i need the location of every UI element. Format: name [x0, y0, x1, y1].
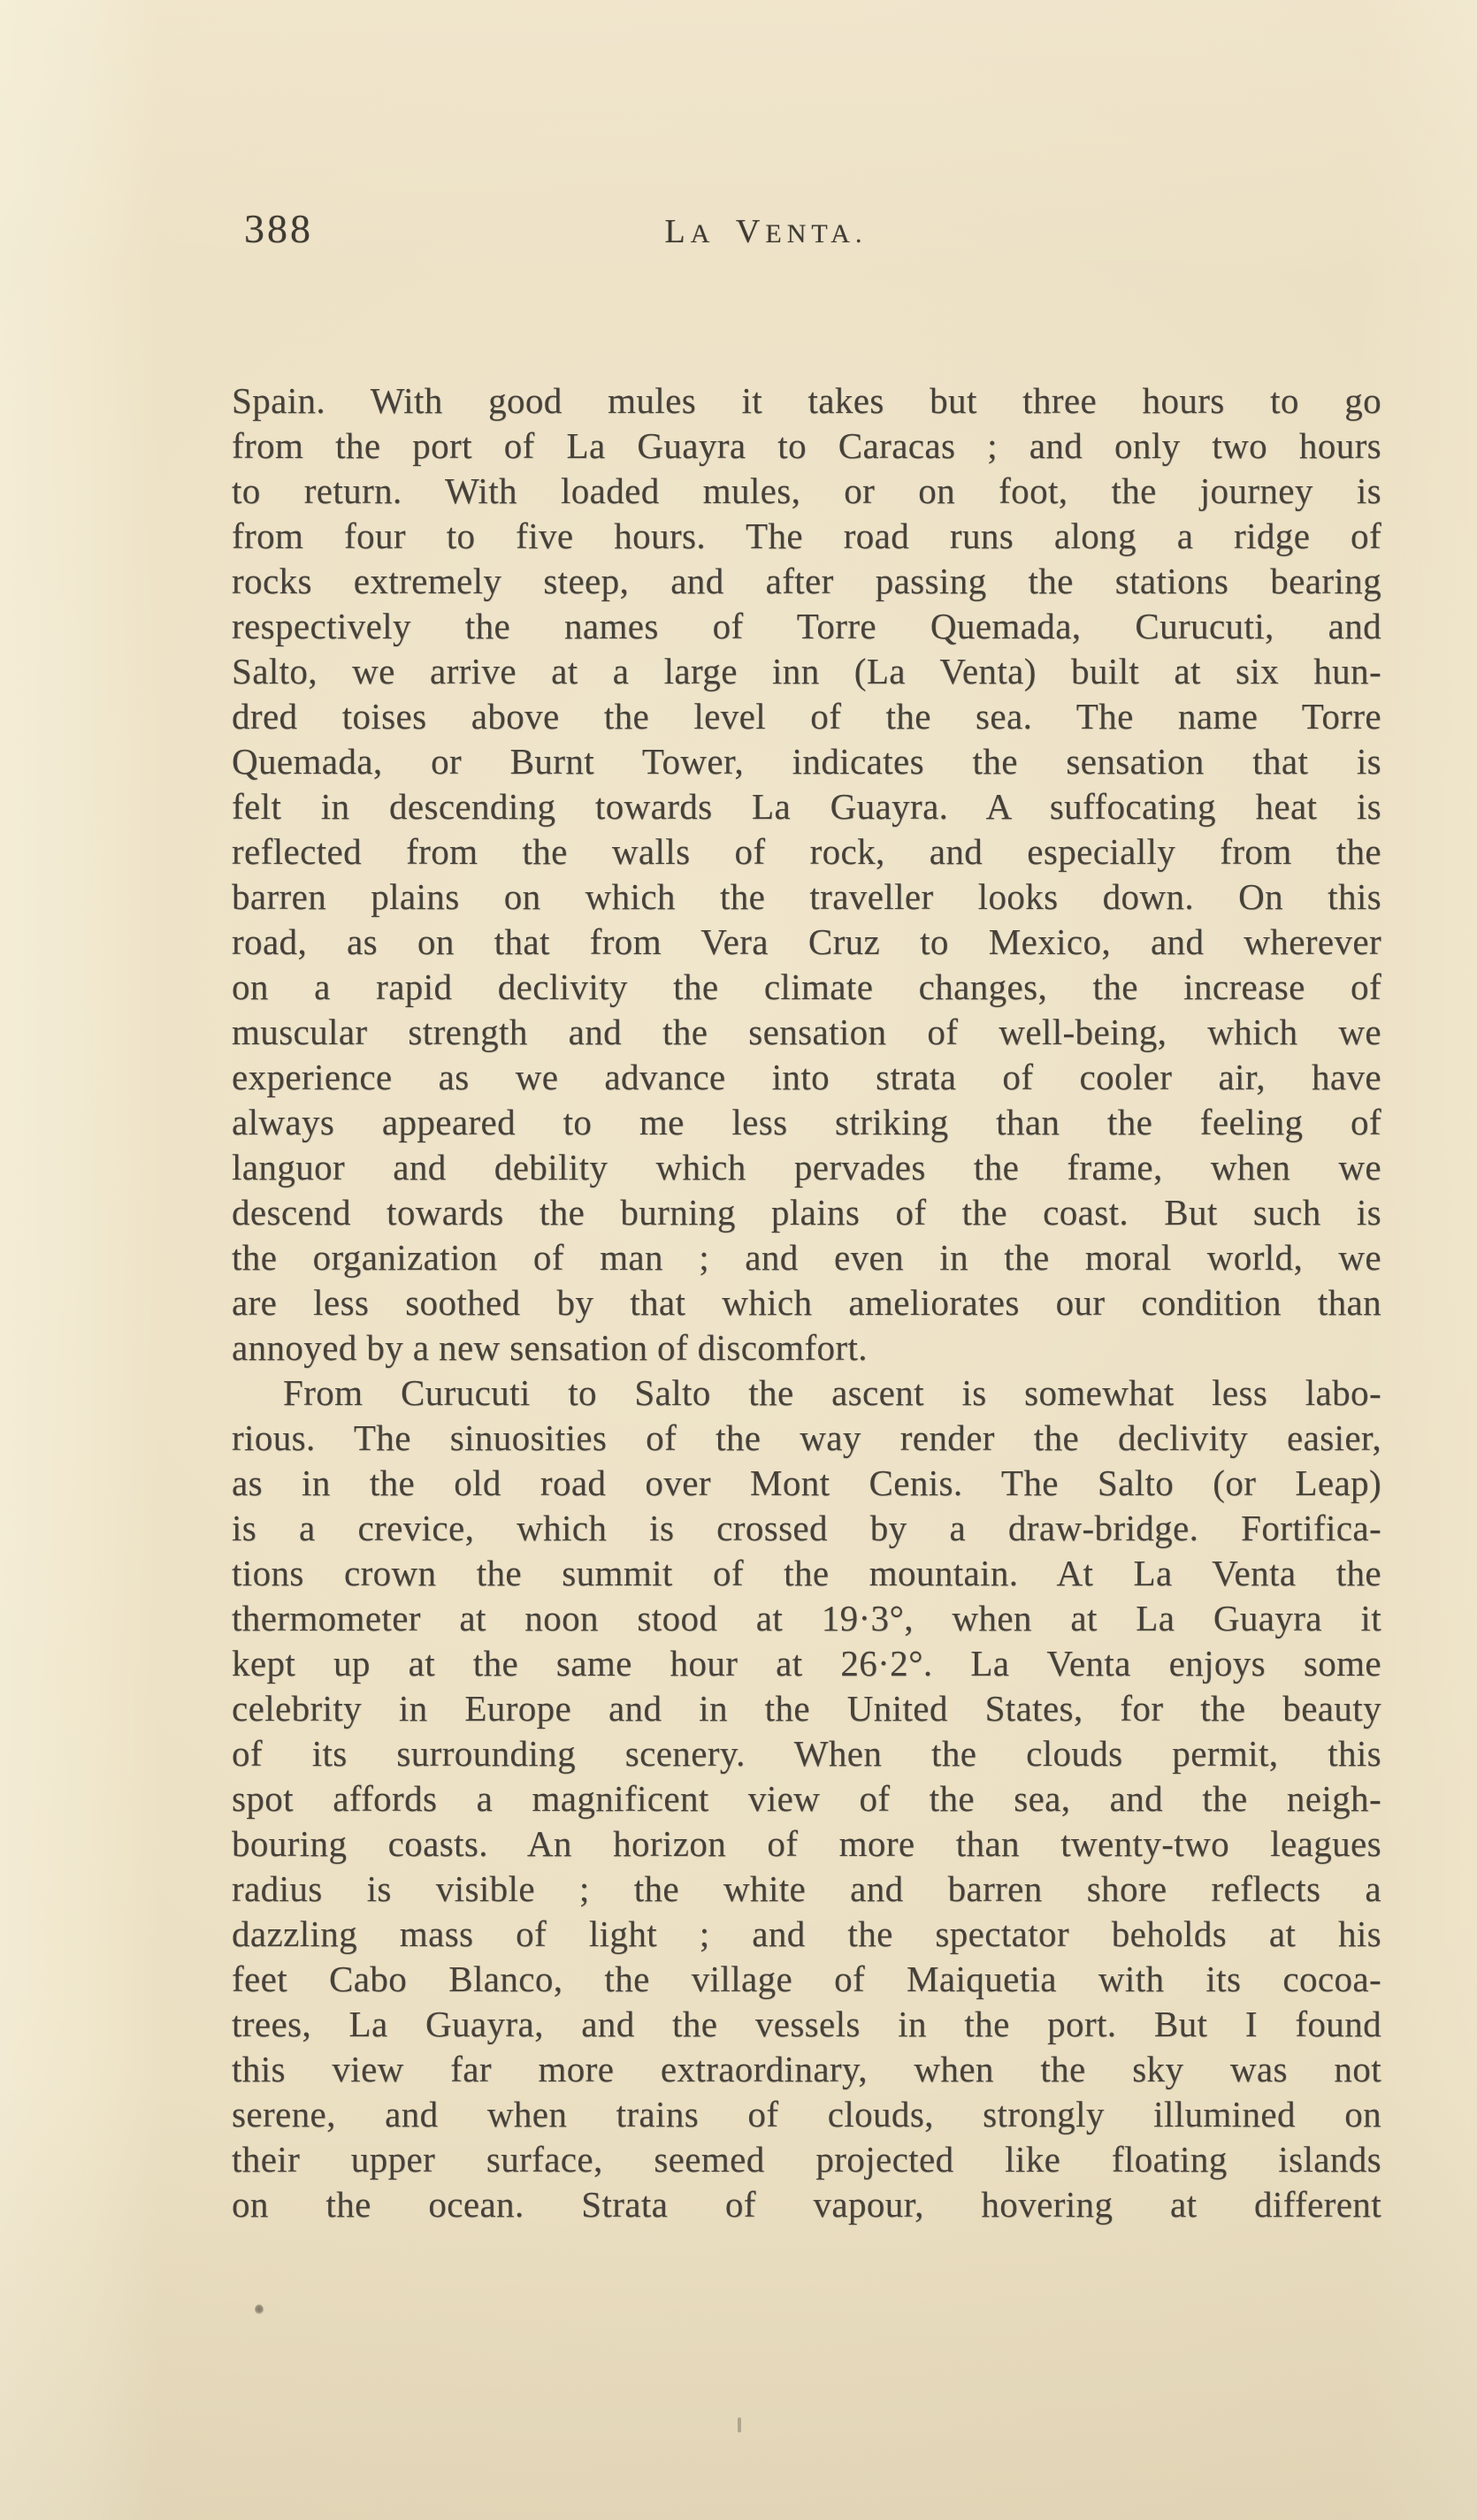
text-line: felt in descending towards La Guayra. A …	[232, 784, 1381, 829]
running-title-word: VENTA.	[736, 212, 868, 251]
text-line: rocks extremely steep, and after passing…	[232, 559, 1381, 604]
text-line: feet Cabo Blanco, the village of Maiquet…	[232, 1957, 1381, 2002]
running-title-word: LA	[665, 212, 716, 251]
scan-mark	[738, 2417, 741, 2432]
text-line: the organization of man ; and even in th…	[232, 1235, 1381, 1280]
text-line: respectively the names of Torre Quemada,…	[232, 604, 1381, 649]
scan-speck	[255, 2304, 264, 2315]
text-line: always appeared to me less striking than…	[232, 1100, 1381, 1145]
text-line: muscular strength and the sensation of w…	[232, 1010, 1381, 1055]
body-text: Spain. With good mules it takes but thre…	[232, 378, 1381, 2227]
running-title: LA VENTA.	[191, 212, 1341, 251]
text-line: are less soothed by that which ameliorat…	[232, 1280, 1381, 1325]
text-line: kept up at the same hour at 26·2°. La Ve…	[232, 1641, 1381, 1686]
text-line: serene, and when trains of clouds, stron…	[232, 2092, 1381, 2137]
text-line: reflected from the walls of rock, and es…	[232, 829, 1381, 874]
text-line: on a rapid declivity the climate changes…	[232, 965, 1381, 1010]
text-line: rious. The sinuosities of the way render…	[232, 1416, 1381, 1461]
text-line: from four to five hours. The road runs a…	[232, 514, 1381, 559]
text-line: Quemada, or Burnt Tower, indicates the s…	[232, 739, 1381, 784]
text-line: experience as we advance into strata of …	[232, 1055, 1381, 1100]
text-line: annoyed by a new sensation of discomfort…	[232, 1325, 1381, 1371]
text-line: trees, La Guayra, and the vessels in the…	[232, 2002, 1381, 2047]
page-header: 388 LA VENTA.	[232, 206, 1381, 263]
text-line: from the port of La Guayra to Caracas ; …	[232, 424, 1381, 469]
text-line: tions crown the summit of the mountain. …	[232, 1551, 1381, 1596]
text-line: Salto, we arrive at a large inn (La Vent…	[232, 649, 1381, 694]
text-line: thermometer at noon stood at 19·3°, when…	[232, 1596, 1381, 1641]
text-line: barren plains on which the traveller loo…	[232, 874, 1381, 920]
text-line: descend towards the burning plains of th…	[232, 1190, 1381, 1235]
book-page: 388 LA VENTA. Spain. With good mules it …	[0, 0, 1477, 2520]
text-line: as in the old road over Mont Cenis. The …	[232, 1461, 1381, 1506]
text-line: road, as on that from Vera Cruz to Mexic…	[232, 920, 1381, 965]
text-line: bouring coasts. An horizon of more than …	[232, 1821, 1381, 1867]
text-line: this view far more extraordinary, when t…	[232, 2047, 1381, 2092]
text-line: radius is visible ; the white and barren…	[232, 1867, 1381, 1912]
text-line: languor and debility which pervades the …	[232, 1145, 1381, 1190]
text-line: on the ocean. Strata of vapour, hovering…	[232, 2182, 1381, 2227]
text-line: is a crevice, which is crossed by a draw…	[232, 1506, 1381, 1551]
text-line: celebrity in Europe and in the United St…	[232, 1686, 1381, 1731]
text-line: From Curucuti to Salto the ascent is som…	[232, 1371, 1381, 1416]
text-line: Spain. With good mules it takes but thre…	[232, 378, 1381, 424]
text-line: to return. With loaded mules, or on foot…	[232, 469, 1381, 514]
text-line: of its surrounding scenery. When the clo…	[232, 1731, 1381, 1776]
text-line: dred toises above the level of the sea. …	[232, 694, 1381, 739]
text-line: dazzling mass of light ; and the spectat…	[232, 1912, 1381, 1957]
text-line: their upper surface, seemed projected li…	[232, 2137, 1381, 2182]
text-line: spot affords a magnificent view of the s…	[232, 1776, 1381, 1821]
